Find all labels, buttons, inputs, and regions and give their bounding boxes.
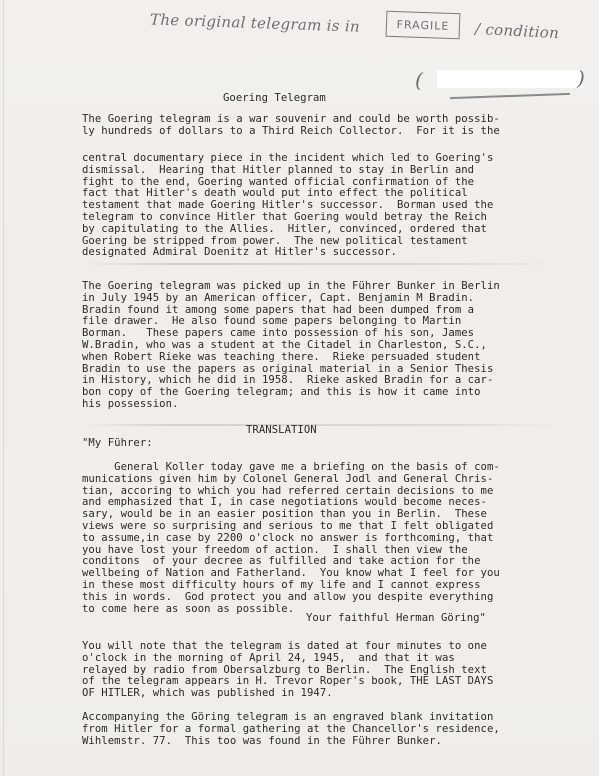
paper-fold	[80, 263, 560, 265]
paragraph-provenance: The Goering telegram was picked up in th…	[82, 281, 500, 411]
handwritten-note: The original telegram is in	[150, 10, 361, 35]
document-page: The original telegram is in FRAGILE / co…	[0, 0, 599, 776]
translation-heading: TRANSLATION	[246, 425, 317, 437]
paragraph-background: central documentary piece in the inciden…	[82, 153, 493, 259]
paragraph-intro: The Goering telegram is a war souvenir a…	[82, 114, 500, 138]
handwritten-boxed-word: FRAGILE	[386, 11, 461, 40]
handwritten-note-end: / condition	[475, 20, 560, 42]
paragraph-date-note: You will note that the telegram is dated…	[82, 641, 493, 700]
redaction-block	[437, 70, 583, 88]
document-title: Goering Telegram	[223, 93, 326, 105]
telegram-greeting: "My Führer:	[82, 438, 153, 450]
paper-fold	[80, 424, 560, 426]
handwritten-underline	[450, 93, 570, 99]
handwritten-paren-open: (	[415, 68, 423, 92]
handwritten-paren-close: )	[577, 66, 585, 90]
telegram-signature: Your faithful Herman Göring"	[306, 613, 486, 625]
page-edge	[3, 0, 4, 776]
paragraph-invitation: Accompanying the Göring telegram is an e…	[82, 712, 500, 747]
telegram-body: General Koller today gave me a briefing …	[82, 462, 500, 615]
